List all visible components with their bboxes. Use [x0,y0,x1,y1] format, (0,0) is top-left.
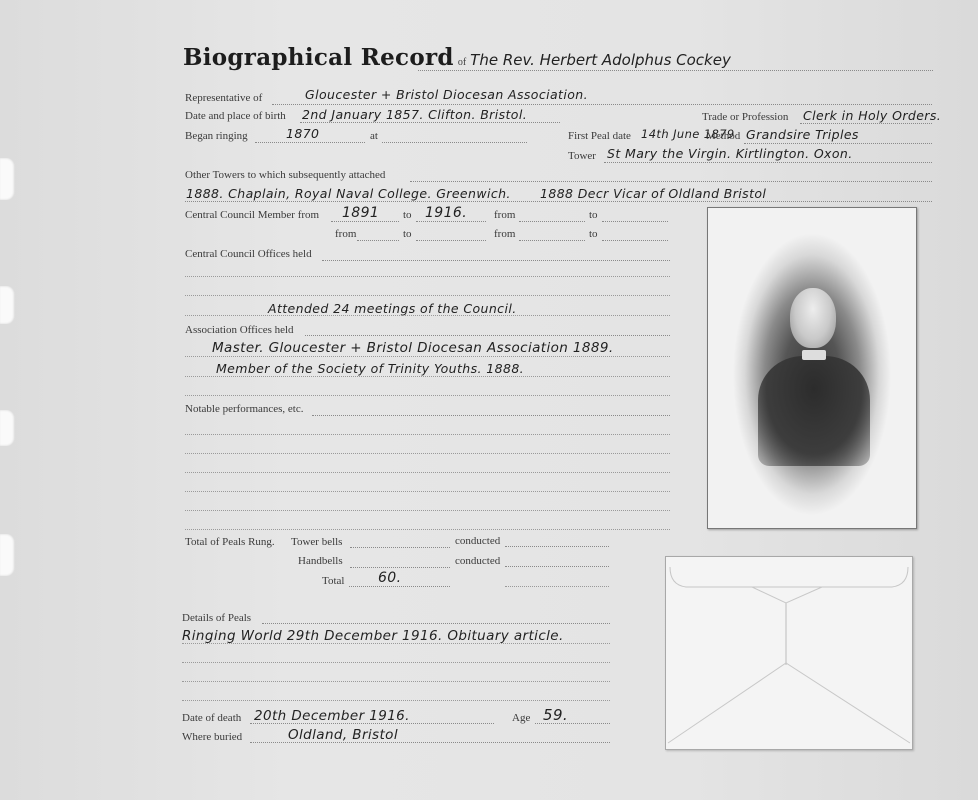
total-label: Total [322,575,344,587]
photo-coat [758,356,870,466]
rule [182,681,610,682]
rule [312,415,670,416]
rule [357,240,399,241]
buried-value: Oldland, Bristol [288,727,398,743]
rule [262,623,610,624]
rule [382,142,527,143]
record-page: Biographical Record of The Rev. Herbert … [0,0,978,800]
death-value: 20th December 1916. [254,708,410,724]
began-at-label: at [370,130,378,142]
rule [185,453,670,454]
envelope[interactable] [665,556,913,750]
age-label: Age [512,712,530,724]
rule [505,586,609,587]
photo-collar [802,350,826,360]
tower-bells-conducted-label: conducted [455,535,500,547]
rule [185,529,670,530]
cc-member-label: Central Council Member from [185,209,319,221]
record-of-label: of [458,57,466,68]
assoc-offices-line-2: Member of the Society of Trinity Youths.… [216,361,524,376]
trade-label: Trade or Profession [702,111,788,123]
cc-from-value: 1891 [342,205,379,221]
cc-offices-label: Central Council Offices held [185,248,312,260]
record-title: Biographical Record [183,44,454,71]
rule [185,201,932,202]
envelope-flap-icon [666,557,912,749]
rule [185,434,670,435]
notable-label: Notable performances, etc. [185,403,304,415]
rule [185,395,670,396]
rule [349,586,450,587]
punch-hole [0,410,15,446]
rule [185,295,670,296]
rule [350,567,450,568]
age-value: 59. [543,706,568,724]
began-ringing-label: Began ringing [185,130,248,142]
death-label: Date of death [182,712,241,724]
rule [185,315,670,316]
first-peal-label: First Peal date [568,130,631,142]
rule [800,123,932,124]
method-label: Method [706,130,740,142]
cc-to-label: to [403,209,412,221]
rule [182,643,610,644]
rule [350,547,450,548]
rule [505,566,609,567]
rule [505,546,609,547]
rule [602,221,668,222]
rule [185,510,670,511]
record-header: Biographical Record of The Rev. Herbert … [183,44,731,71]
rule [322,260,670,261]
details-label: Details of Peals [182,612,251,624]
began-ringing-value: 1870 [286,126,319,141]
rule [519,221,585,222]
rule [300,122,560,123]
other-towers-value-2: 1888 Decr Vicar of Oldland Bristol [540,186,766,201]
punch-hole [0,158,15,200]
rule [410,181,932,182]
cc-to-label-4: to [589,228,598,240]
representative-value: Gloucester + Bristol Diocesan Associatio… [305,87,588,102]
cc-from-label-3: from [335,228,356,240]
rule [185,376,670,377]
rule [182,700,610,701]
rule [255,142,365,143]
handbells-label: Handbells [298,555,343,567]
rule [185,491,670,492]
rule [416,240,486,241]
rule [331,221,399,222]
cc-from-label-2: from [494,209,515,221]
other-towers-label: Other Towers to which subsequently attac… [185,169,385,181]
rule [185,276,670,277]
trade-value: Clerk in Holy Orders. [803,108,941,123]
tower-value: St Mary the Virgin. Kirtlington. Oxon. [607,146,853,161]
portrait-photograph [707,207,917,529]
birth-label: Date and place of birth [185,110,286,122]
tower-bells-label: Tower bells [291,536,342,548]
cc-to-value: 1916. [425,205,467,221]
tower-label: Tower [568,150,596,162]
assoc-offices-line-1: Master. Gloucester + Bristol Diocesan As… [212,340,614,356]
rule [535,723,610,724]
rule [604,162,932,163]
rule [744,143,932,144]
rule [519,240,585,241]
other-towers-value: 1888. Chaplain, Royal Naval College. Gre… [186,186,511,201]
rule [272,104,932,105]
punch-hole [0,534,15,576]
method-value: Grandsire Triples [746,127,859,142]
handbells-conducted-label: conducted [455,555,500,567]
representative-label: Representative of [185,92,262,104]
peals-label: Total of Peals Rung. [185,536,275,548]
cc-offices-value: Attended 24 meetings of the Council. [268,301,517,316]
total-value: 60. [378,570,401,586]
rule [185,472,670,473]
photo-head [790,288,836,348]
rule [185,356,670,357]
rule [416,221,486,222]
title-rule [418,70,933,71]
punch-hole [0,286,15,324]
buried-label: Where buried [182,731,242,743]
cc-to-label-2: to [589,209,598,221]
cc-to-label-3: to [403,228,412,240]
rule [305,335,670,336]
rule [182,662,610,663]
details-value: Ringing World 29th December 1916. Obitua… [182,628,564,644]
subject-name: The Rev. Herbert Adolphus Cockey [470,51,731,69]
cc-from-label-4: from [494,228,515,240]
rule [250,723,494,724]
rule [602,240,668,241]
birth-value: 2nd January 1857. Clifton. Bristol. [302,107,527,122]
rule [250,742,610,743]
assoc-offices-label: Association Offices held [185,324,294,336]
